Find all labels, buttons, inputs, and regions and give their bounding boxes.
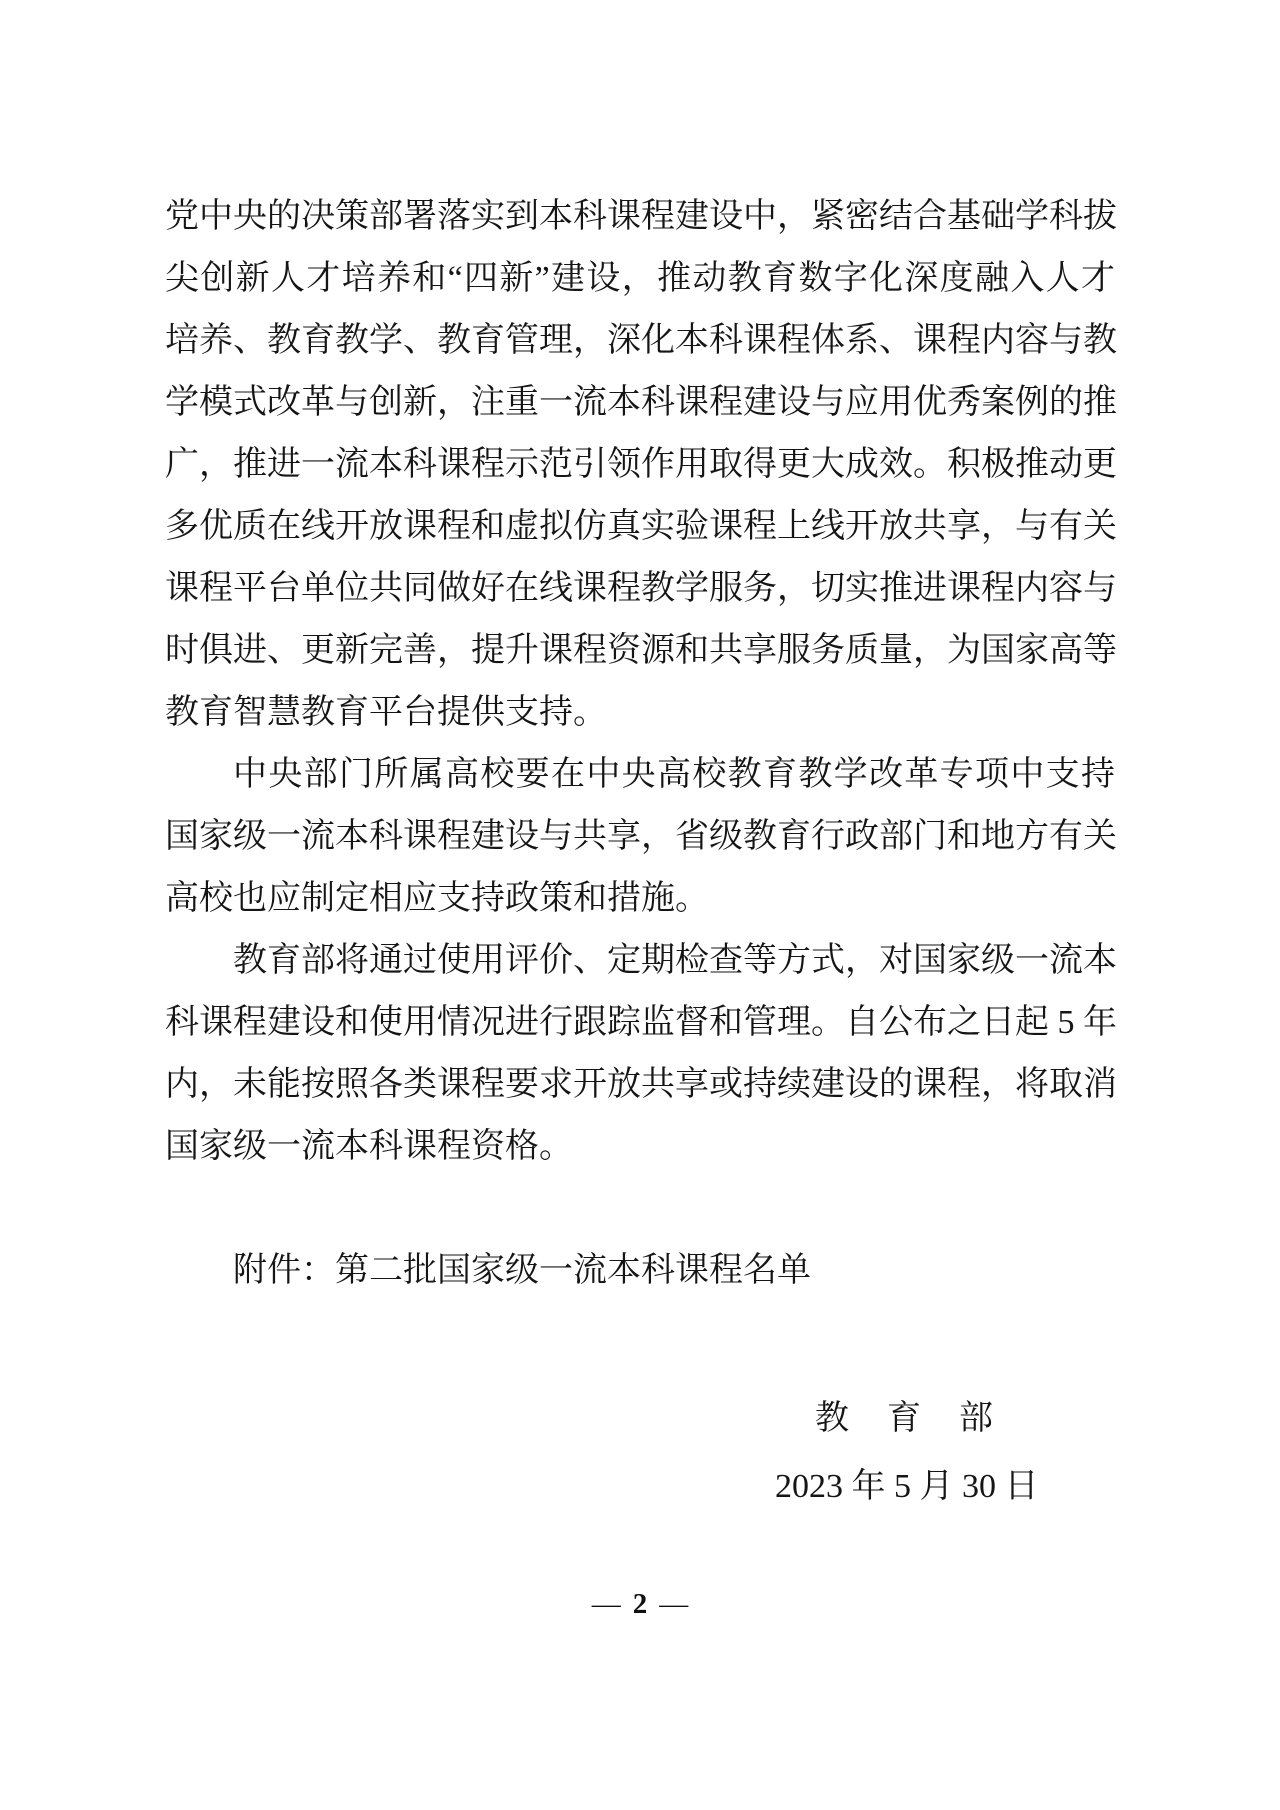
footer-dash-right: — [659,1588,688,1620]
body-line: 国家级一流本科课程资格。 [165,1116,1115,1178]
body-line: 教育部将通过使用评价、定期检查等方式，对国家级一流本 [165,930,1115,992]
document-content: 党中央的决策部署落实到本科课程建设中，紧密结合基础学科拔尖创新人才培养和“四新”… [165,186,1115,1518]
body-line: 尖创新人才培养和“四新”建设，推动教育数字化深度融入人才 [165,248,1115,310]
body-line: 学模式改革与创新，注重一流本科课程建设与应用优秀案例的推 [165,372,1115,434]
document-body: 党中央的决策部署落实到本科课程建设中，紧密结合基础学科拔尖创新人才培养和“四新”… [165,186,1115,1178]
body-line: 高校也应制定相应支持政策和措施。 [165,868,1115,930]
footer-dash-left: — [592,1588,621,1620]
body-line: 教育智慧教育平台提供支持。 [165,682,1115,744]
body-line: 时俱进、更新完善，提升课程资源和共享服务质量，为国家高等 [165,620,1115,682]
page-number: 2 [621,1588,660,1620]
body-line: 党中央的决策部署落实到本科课程建设中，紧密结合基础学科拔 [165,186,1115,248]
body-line: 内，未能按照各类课程要求开放共享或持续建设的课程，将取消 [165,1054,1115,1116]
body-line: 广，推进一流本科课程示范引领作用取得更大成效。积极推动更 [165,434,1115,496]
issue-date: 2023 年 5 月 30 日 [165,1456,1115,1518]
body-line: 国家级一流本科课程建设与共享，省级教育行政部门和地方有关 [165,806,1115,868]
body-line: 科课程建设和使用情况进行跟踪监督和管理。自公布之日起 5 年 [165,992,1115,1054]
document-page: 党中央的决策部署落实到本科课程建设中，紧密结合基础学科拔尖创新人才培养和“四新”… [0,0,1280,1810]
body-line: 多优质在线开放课程和虚拟仿真实验课程上线开放共享，与有关 [165,496,1115,558]
body-line: 中央部门所属高校要在中央高校教育教学改革专项中支持 [165,744,1115,806]
body-line: 课程平台单位共同做好在线课程教学服务，切实推进课程内容与 [165,558,1115,620]
page-footer: —2— [0,1584,1280,1624]
issuer-signature: 教 育 部 [165,1388,1115,1450]
attachment-line: 附件：第二批国家级一流本科课程名单 [165,1240,1115,1302]
body-line: 培养、教育教学、教育管理，深化本科课程体系、课程内容与教 [165,310,1115,372]
